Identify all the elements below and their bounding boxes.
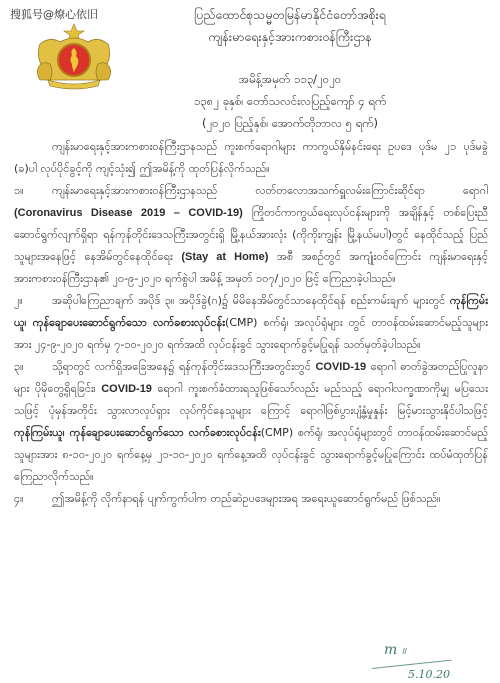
handwritten-signature: m ။ 5.10.20 [372,640,462,682]
government-title: ပြည်ထောင်စုသမ္မတမြန်မာနိုင်ငံတော်အစိုးရ [120,4,460,26]
paragraph-text: သို့ရာတွင် လက်ရှိအခြေအနေ၌ ရန်ကုန်တိုင်းဒ… [52,360,315,373]
paragraph-1: ၁။ကျန်းမာရေးနှင့်အားကစားဝန်ကြီးဌာနသည် လတ… [14,180,488,290]
signature-date: 5.10.20 [408,668,450,681]
order-meta: အမိန့်အမှတ် ၁၁၃/၂၀၂၀ ၁၃၈၂ ခုနှစ်၊ တော်သလ… [120,68,460,134]
document-header: ပြည်ထောင်စုသမ္မတမြန်မာနိုင်ငံတော်အစိုးရ … [120,4,460,48]
date-myanmar: ၁၃၈၂ ခုနှစ်၊ တော်သလင်းလပြည့်ကျော် ၄ ရက် [120,90,460,112]
signature-mark: m ။ [384,640,406,661]
order-number: အမိန့်အမှတ် ၁၁၃/၂၀၂၀ [120,68,460,90]
paragraph-4: ၄။ဤအမိန့်ကို လိုက်နာရန် ပျက်ကွက်ပါက တည်ဆ… [14,488,488,510]
paragraph-text: ကျန်းမာရေးနှင့်အားကစားဝန်ကြီးဌာနသည် လတ်တ… [52,184,488,197]
covid-term: COVID-19 [101,383,152,395]
paragraph-number: ၄။ [14,488,52,510]
document-body: ကျန်းမာရေးနှင့်အားကစားဝန်ကြီးဌာနသည် ကူးစ… [14,136,488,510]
paragraph-number: ၂။ [14,290,52,312]
paragraph-3: ၃။သို့ရာတွင် လက်ရှိအခြေအနေ၌ ရန်ကုန်တိုင်… [14,356,488,488]
ministry-title: ကျန်းမာရေးနှင့်အားကစားဝန်ကြီးဌာန [120,26,460,48]
cmp-term: ကုန်ကြမ်းယူ၊ ကုန်ချောပေးဆောင်ရွက်သော လက်… [14,426,261,439]
date-gregorian: (၂၀၂၀ ပြည့်နှစ်၊ အောက်တိုဘာလ ၅ ရက်) [120,112,460,134]
paragraph-number: ၁။ [14,180,52,202]
paragraph-text: ဤအမိန့်ကို လိုက်နာရန် ပျက်ကွက်ပါက တည်ဆဲဥ… [52,492,441,505]
covid-term: COVID-19 [315,361,366,373]
state-seal-emblem [32,22,116,90]
covid-term: (Coronavirus Disease 2019 – COVID-19) [14,207,243,219]
paragraph-text: အဆိုပါကြေညာချက် အပိုဒ် ၃။ အပိုဒ်ခွဲ(ဂ)၌ … [52,294,450,307]
paragraph-2: ၂။အဆိုပါကြေညာချက် အပိုဒ် ၃။ အပိုဒ်ခွဲ(ဂ)… [14,290,488,356]
paragraph-number: ၃။ [14,356,52,378]
intro-paragraph: ကျန်းမာရေးနှင့်အားကစားဝန်ကြီးဌာနသည် ကူးစ… [14,136,488,180]
watermark-text: 搜狐号@燎心依旧 [10,6,98,22]
stay-at-home-term: (Stay at Home) [181,251,268,263]
seal-icon [32,22,116,90]
